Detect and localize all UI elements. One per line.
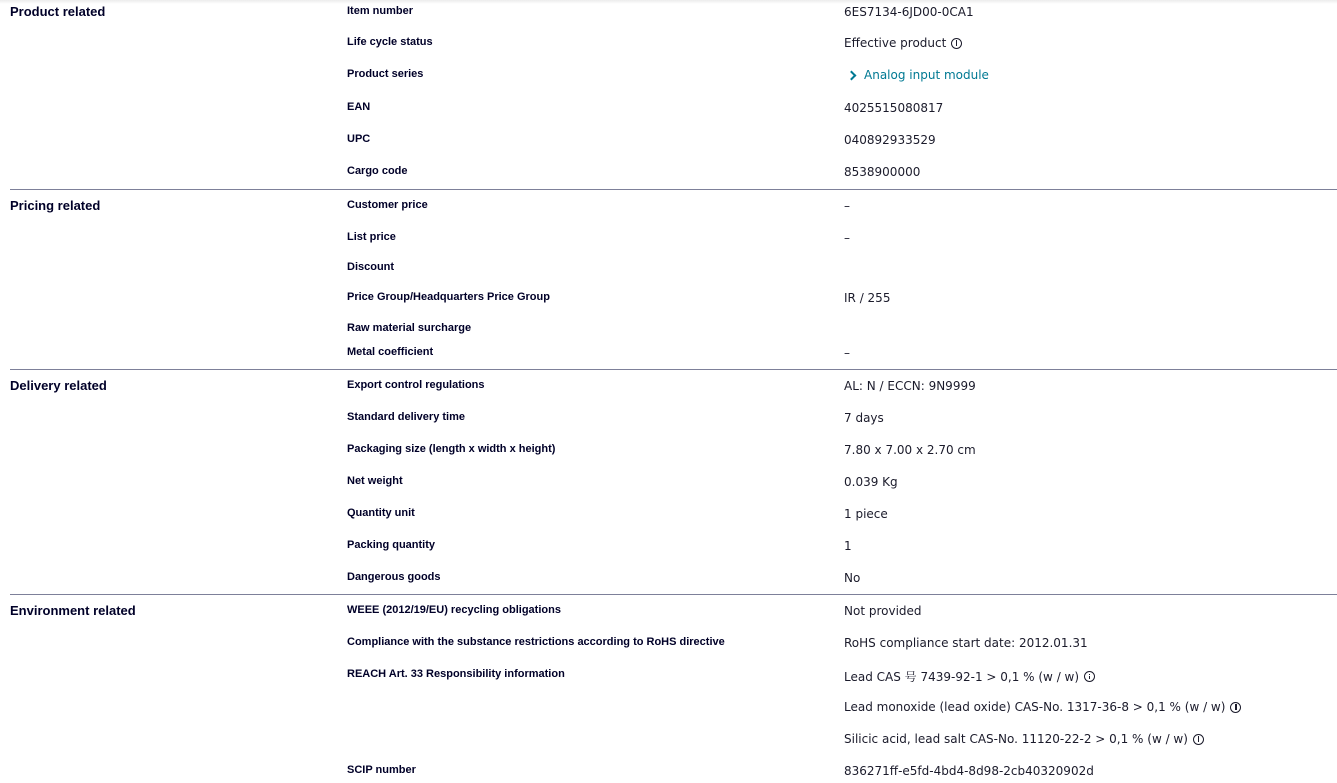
header-shadow xyxy=(0,0,1337,4)
section-title: Environment related xyxy=(10,603,136,618)
row-label: Price Group/Headquarters Price Group xyxy=(347,291,550,303)
row-label: Customer price xyxy=(347,199,428,211)
row-label: Packaging size (length x width x height) xyxy=(347,443,555,455)
row-label: Export control regulations xyxy=(347,379,485,391)
row-value: Lead CAS 号 7439-92-1 > 0,1 % (w / w) xyxy=(844,668,1095,685)
row-value: Effective product xyxy=(844,36,962,50)
section-title: Delivery related xyxy=(10,378,107,393)
row-label: Cargo code xyxy=(347,165,408,177)
section-divider xyxy=(10,369,1337,370)
section-divider xyxy=(10,189,1337,190)
item-number-value: 6ES7134-6JD00-0CA1 xyxy=(844,5,974,19)
row-value: – xyxy=(844,346,850,360)
row-label: Metal coefficient xyxy=(347,346,433,358)
row-value: AL: N / ECCN: 9N9999 xyxy=(844,379,976,393)
row-label: Packing quantity xyxy=(347,539,435,551)
row-label: Item number xyxy=(347,5,413,17)
row-label: EAN xyxy=(347,101,370,113)
row-value: 040892933529 xyxy=(844,133,936,147)
info-icon[interactable] xyxy=(1230,702,1241,713)
row-value: Analog input module xyxy=(844,68,989,82)
row-value: 836271ff-e5fd-4bd4-8d98-2cb40320902d xyxy=(844,764,1094,778)
row-label: List price xyxy=(347,231,396,243)
row-value: 6ES7134-6JD00-0CA1 xyxy=(844,5,974,19)
section-title: Pricing related xyxy=(10,198,100,213)
row-value: 8538900000 xyxy=(844,165,920,179)
product-series-link[interactable]: Analog input module xyxy=(844,68,989,82)
row-value: 1 xyxy=(844,539,852,553)
row-value: Silicic acid, lead salt CAS-No. 11120-22… xyxy=(844,732,1204,746)
row-value: Lead monoxide (lead oxide) CAS-No. 1317-… xyxy=(844,700,1241,714)
row-value: Not provided xyxy=(844,604,922,618)
row-label: Life cycle status xyxy=(347,36,433,48)
info-icon[interactable] xyxy=(1193,734,1204,745)
row-value: 0.039 Kg xyxy=(844,475,898,489)
row-value: 7 days xyxy=(844,411,884,425)
row-label: Product series xyxy=(347,68,423,80)
row-value: 1 piece xyxy=(844,507,888,521)
row-value: IR / 255 xyxy=(844,291,890,305)
row-label: WEEE (2012/19/EU) recycling obligations xyxy=(347,604,561,616)
row-label: Net weight xyxy=(347,475,403,487)
row-label: Standard delivery time xyxy=(347,411,465,423)
row-value: RoHS compliance start date: 2012.01.31 xyxy=(844,636,1088,650)
chevron-right-icon xyxy=(847,70,857,80)
info-icon[interactable] xyxy=(951,38,962,49)
section-divider xyxy=(10,594,1337,595)
row-label: Raw material surcharge xyxy=(347,322,471,334)
row-label: Quantity unit xyxy=(347,507,415,519)
row-label: SCIP number xyxy=(347,764,416,776)
row-label: Discount xyxy=(347,261,394,273)
reach-silicic-acid-value: Silicic acid, lead salt CAS-No. 11120-22… xyxy=(844,732,1188,746)
row-label: REACH Art. 33 Responsibility information xyxy=(347,668,565,680)
row-label: UPC xyxy=(347,133,370,145)
row-value: 7.80 x 7.00 x 2.70 cm xyxy=(844,443,976,457)
row-value: – xyxy=(844,231,850,245)
row-label: Compliance with the substance restrictio… xyxy=(347,636,725,648)
product-series-link-text[interactable]: Analog input module xyxy=(864,68,989,82)
row-label: Dangerous goods xyxy=(347,571,441,583)
info-icon[interactable] xyxy=(1084,671,1095,682)
lifecycle-status-value: Effective product xyxy=(844,36,946,50)
row-value: No xyxy=(844,571,860,585)
reach-lead-value: Lead CAS 号 7439-92-1 > 0,1 % (w / w) xyxy=(844,668,1079,685)
section-title: Product related xyxy=(10,4,105,19)
reach-lead-monoxide-value: Lead monoxide (lead oxide) CAS-No. 1317-… xyxy=(844,700,1225,714)
row-value: – xyxy=(844,199,850,213)
row-value: 4025515080817 xyxy=(844,101,943,115)
